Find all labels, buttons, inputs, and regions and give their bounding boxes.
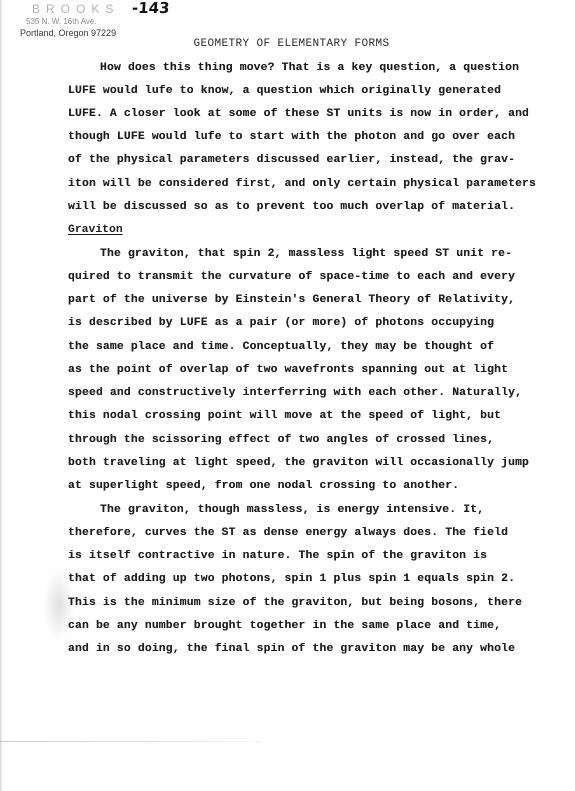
text-line: is itself contractive in nature. The spi… bbox=[68, 549, 487, 563]
text-line: part of the universe by Einstein's Gener… bbox=[68, 293, 515, 307]
stamp-name: BROOKS bbox=[32, 2, 119, 16]
text-line: through the scissoring effect of two ang… bbox=[68, 433, 494, 447]
text-line: The graviton, though massless, is energy… bbox=[100, 503, 484, 517]
text-line: the same place and time. Conceptually, t… bbox=[68, 340, 494, 354]
text-line: therefore, curves the ST as dense energy… bbox=[68, 526, 508, 540]
text-line: is described by LUFE as a pair (or more)… bbox=[68, 316, 494, 330]
text-line: as the point of overlap of two wavefront… bbox=[68, 363, 508, 377]
text-line: of the physical parameters discussed ear… bbox=[68, 153, 515, 167]
stamp-street: 535 N. W. 16th Ave. bbox=[26, 17, 97, 26]
text-line: LUFE would lufe to know, a question whic… bbox=[68, 84, 501, 98]
text-line: quired to transmit the curvature of spac… bbox=[68, 270, 515, 284]
text-line: This is the minimum size of the graviton… bbox=[68, 596, 522, 610]
text-line: at superlight speed, from one nodal cros… bbox=[68, 479, 459, 493]
text-line: will be discussed so as to prevent too m… bbox=[68, 200, 515, 214]
document-page: BROOKS -143 535 N. W. 16th Ave. Portland… bbox=[0, 0, 575, 791]
handwritten-page-number: -143 bbox=[131, 0, 170, 17]
text-line: this nodal crossing point will move at t… bbox=[68, 409, 501, 423]
text-line: LUFE. A closer look at some of these ST … bbox=[68, 107, 529, 121]
text-line: both traveling at light speed, the gravi… bbox=[68, 456, 529, 470]
section-heading-graviton: Graviton bbox=[68, 223, 123, 237]
text-line: and in so doing, the final spin of the g… bbox=[68, 642, 515, 656]
text-line: speed and constructively interferring wi… bbox=[68, 386, 522, 400]
stamp-city: Portland, Oregon 97229 bbox=[20, 28, 116, 38]
scan-artifact-line bbox=[0, 741, 260, 742]
page-title: GEOMETRY OF ELEMENTARY FORMS bbox=[0, 38, 575, 50]
text-line: can be any number brought together in th… bbox=[68, 619, 501, 633]
text-line: How does this thing move? That is a key … bbox=[100, 61, 519, 75]
text-line: though LUFE would lufe to start with the… bbox=[68, 130, 515, 144]
text-line: that of adding up two photons, spin 1 pl… bbox=[68, 572, 515, 586]
scan-edge-shadow bbox=[0, 0, 3, 791]
text-line: The graviton, that spin 2, massless ligh… bbox=[100, 247, 512, 261]
text-line: iton will be considered first, and only … bbox=[68, 177, 536, 191]
